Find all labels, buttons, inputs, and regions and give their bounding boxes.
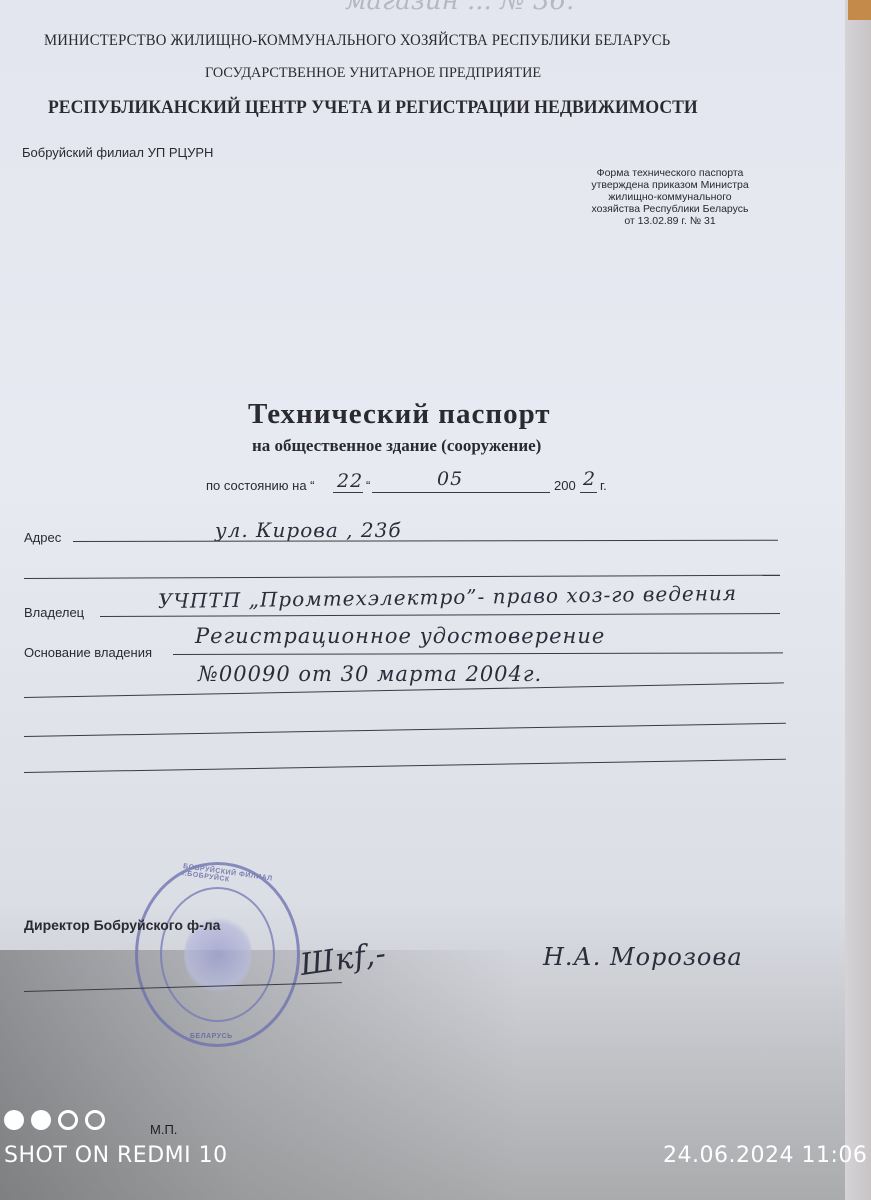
basis-label: Основание владения (24, 645, 152, 660)
document-subtitle: на общественное здание (сооружение) (252, 436, 541, 456)
photo-datetime-watermark: 24.06.2024 11:06 (663, 1143, 867, 1168)
camera-brand-watermark: SHOT ON REDMI 10 (4, 1143, 228, 1168)
ministry-heading: МИНИСТЕРСТВО ЖИЛИЩНО-КОММУНАЛЬНОГО ХОЗЯЙ… (44, 32, 670, 50)
day-underline (333, 492, 363, 493)
form-approval-line: жилищно-коммунального (570, 191, 770, 203)
stamp-text-bottom: БЕЛАРУСЬ (190, 1033, 233, 1040)
date-prefix: по состоянию на “ (206, 478, 315, 493)
seal-place-label: М.П. (150, 1122, 177, 1137)
document-title: Технический паспорт (248, 398, 551, 431)
date-month: 05 (437, 468, 463, 490)
basis-value-line-2: №00090 от 30 марта 2004г. (198, 662, 542, 686)
year-underline (580, 492, 597, 493)
dot-icon (58, 1110, 78, 1130)
form-approval-line: Форма технического паспорта (570, 167, 770, 179)
form-approval-note: Форма технического паспорта утверждена п… (570, 167, 770, 227)
table-surface (848, 0, 871, 20)
form-approval-line: хозяйства Республики Беларусь (570, 203, 770, 215)
dot-icon (31, 1110, 51, 1130)
owner-label: Владелец (24, 605, 84, 620)
director-name: Н.А. Морозова (543, 943, 743, 971)
official-stamp: БОБРУЙСКИЙ ФИЛИАЛ г.БОБРУЙСК БЕЛАРУСЬ (135, 862, 300, 1047)
form-approval-line: утверждена приказом Министра (570, 179, 770, 191)
year-prefix: 200 (554, 478, 576, 493)
dot-icon (4, 1110, 24, 1130)
branch-name: Бобруйский филиал УП РЦУРН (22, 145, 213, 160)
faint-handwritten-note: магазин ... № 36. (345, 0, 574, 16)
enterprise-type-heading: ГОСУДАРСТВЕННОЕ УНИТАРНОЕ ПРЕДПРИЯТИЕ (205, 65, 541, 82)
page-edge (845, 0, 871, 1200)
form-approval-line: от 13.02.89 г. № 31 (570, 215, 770, 227)
year-suffix: г. (600, 478, 607, 493)
date-day: 22 (337, 470, 363, 492)
dot-icon (85, 1110, 105, 1130)
year-digit: 2 (583, 468, 596, 490)
director-position: Директор Бобруйского ф-ла (24, 917, 220, 933)
address-label: Адрес (24, 530, 61, 545)
address-value: ул. Кирова , 23б (215, 518, 402, 542)
month-underline (372, 492, 550, 493)
basis-value-line-1: Регистрационное удостоверение (195, 624, 605, 648)
date-quote: “ (366, 478, 370, 493)
organization-heading: РЕСПУБЛИКАНСКИЙ ЦЕНТР УЧЕТА И РЕГИСТРАЦИ… (48, 97, 698, 119)
stamp-inner-ring (160, 887, 275, 1022)
camera-brand-dots (4, 1110, 105, 1130)
